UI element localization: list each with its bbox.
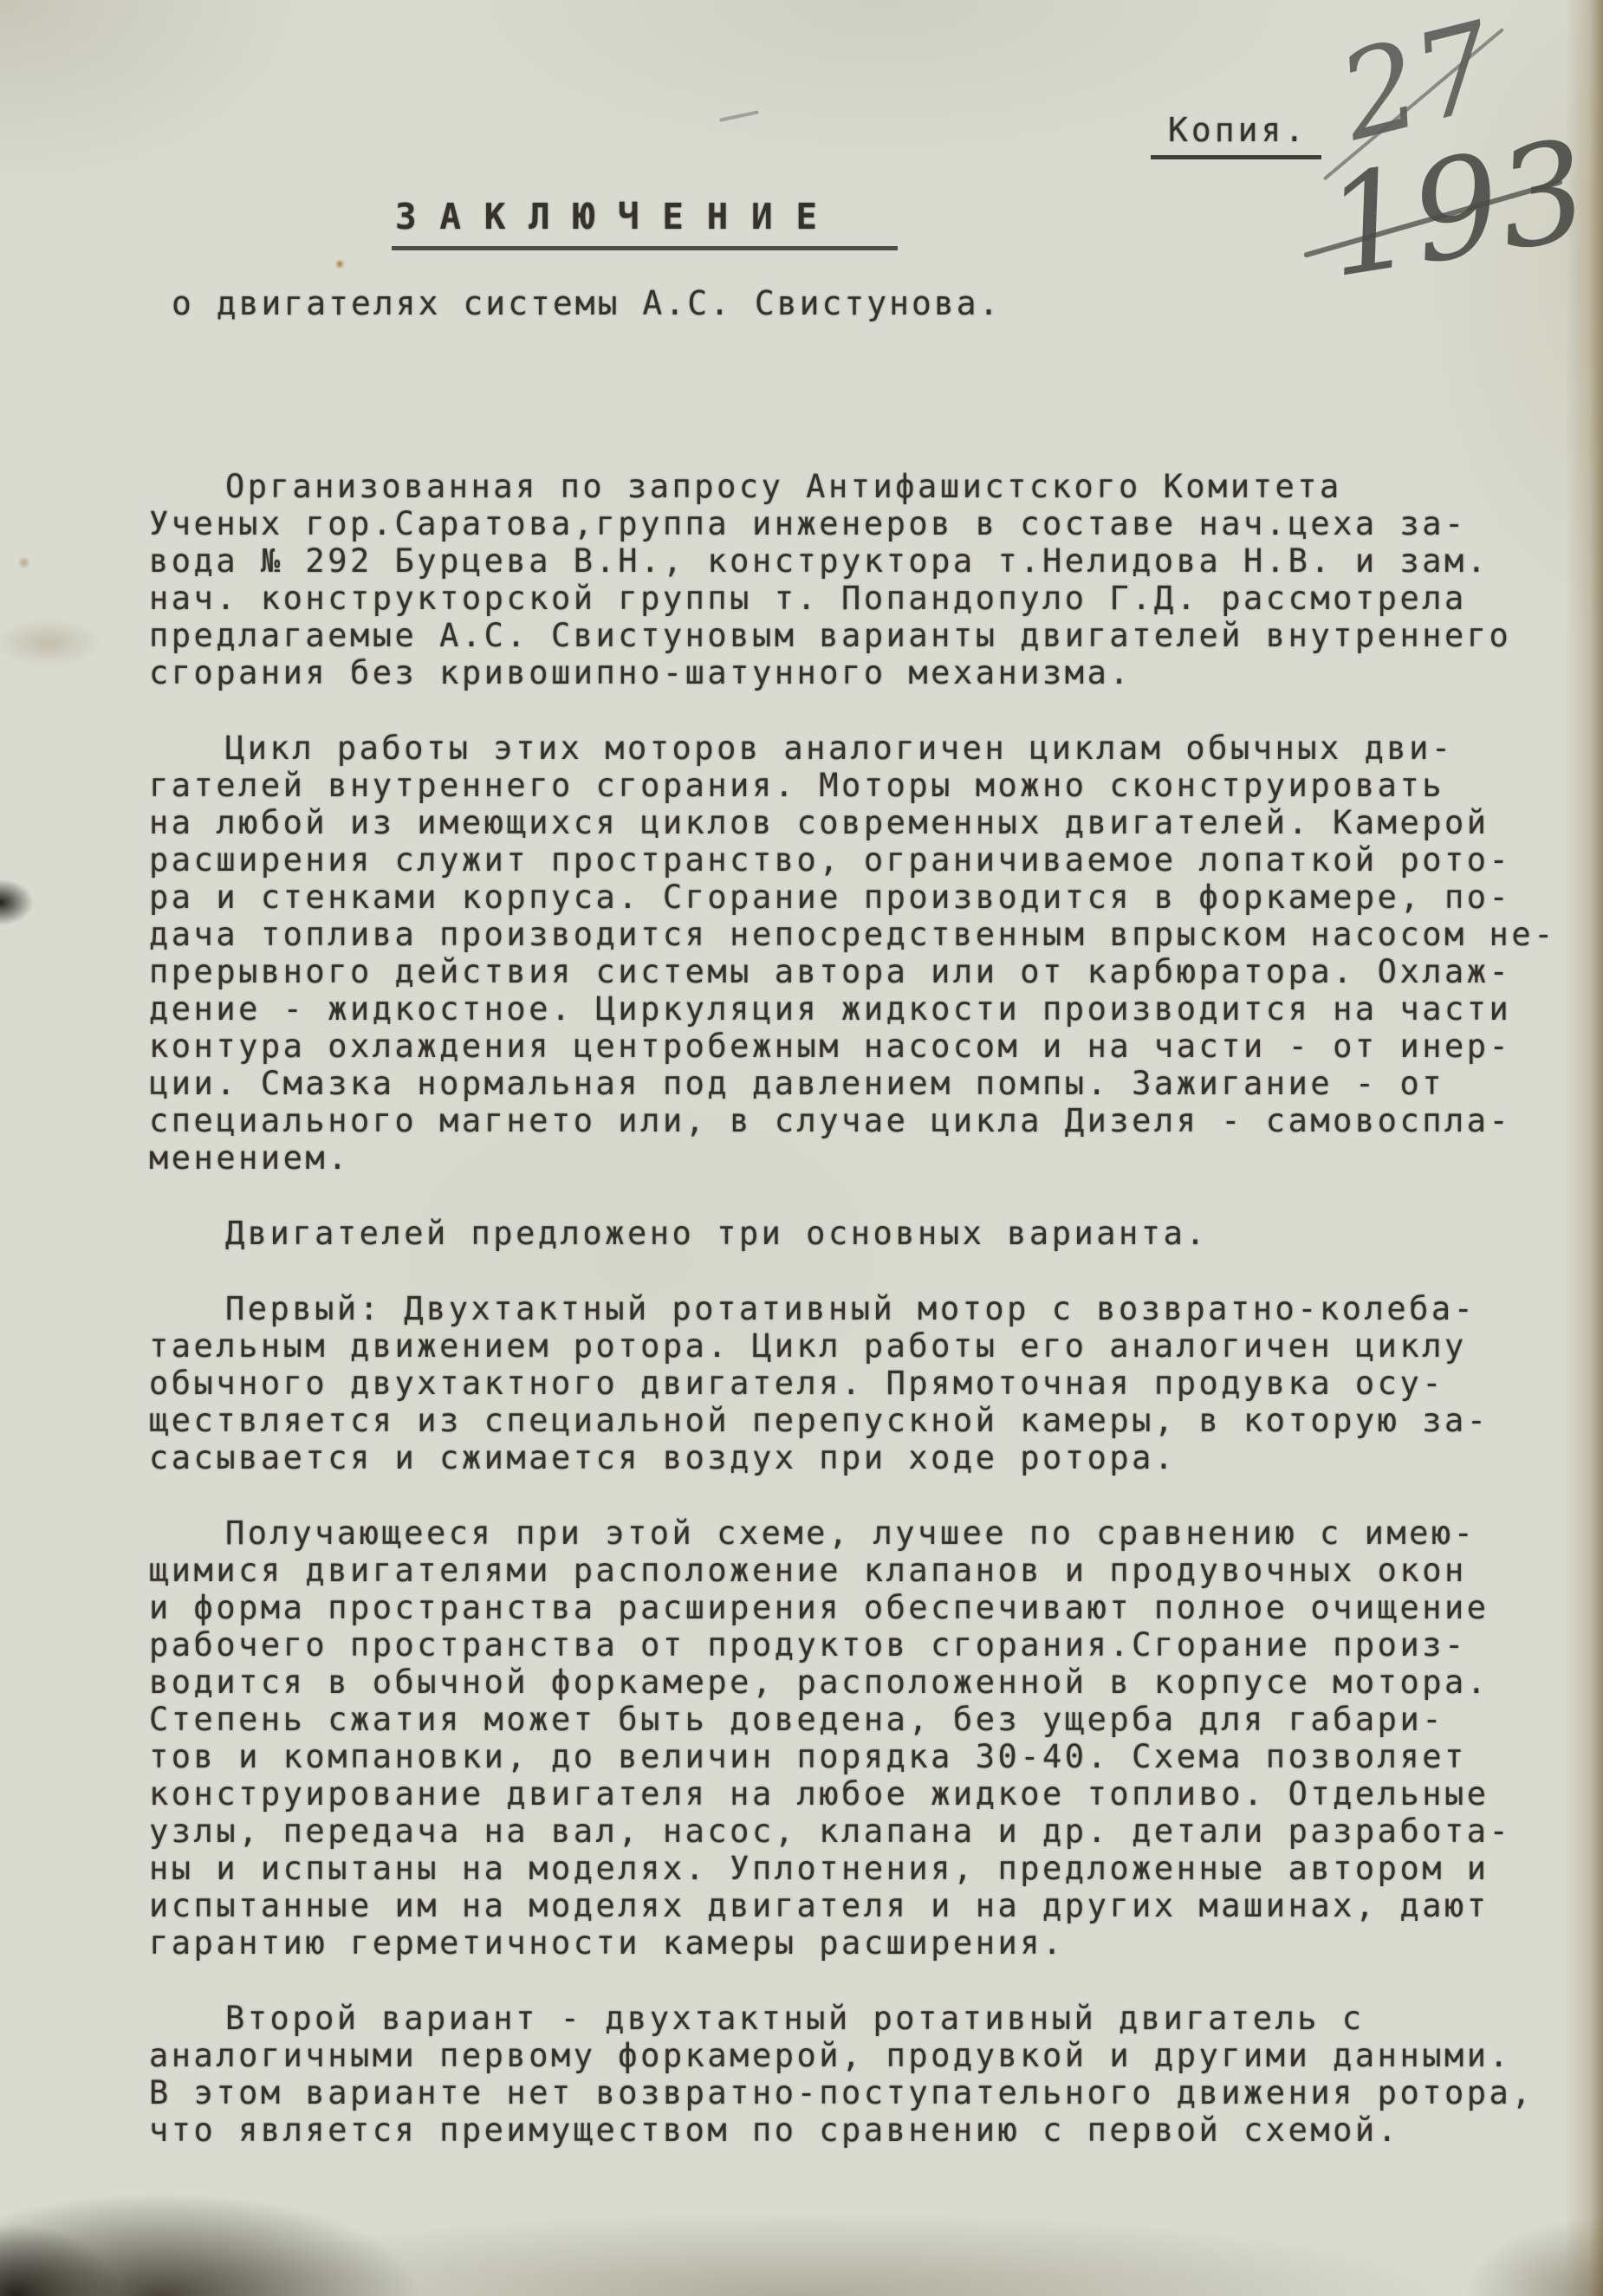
- document-title: З А К Л Ю Ч Е Н И Е: [392, 196, 898, 250]
- paragraph-variants-count: Двигателей предложено три основных вариа…: [149, 1215, 1603, 1252]
- paragraph-intro: Организованная по запросу Антифашистског…: [149, 468, 1603, 691]
- paragraph-first-variant-advantages: Получающееся при этой схеме, лучшее по с…: [149, 1514, 1603, 1962]
- paragraph-first-variant: Первый: Двухтактный ротативный мотор с в…: [149, 1290, 1603, 1476]
- pencil-check-stroke: [1323, 28, 1504, 181]
- scanned-document-page: Копия. 27 193 З А К Л Ю Ч Е Н И Е о двиг…: [0, 0, 1603, 2296]
- document-subtitle: о двигателях системы А.С. Свистунова.: [172, 284, 1001, 322]
- copy-label: Копия.: [1151, 111, 1321, 159]
- pencil-dash-mark: [719, 110, 759, 121]
- pencil-crossout-stroke: [1303, 179, 1563, 258]
- handwritten-page-number: 27: [1327, 0, 1508, 168]
- paragraph-cycle-description: Цикл работы этих моторов аналогичен цикл…: [149, 730, 1603, 1177]
- document-body: Организованная по запросу Антифашистског…: [149, 468, 1603, 2187]
- paragraph-second-variant: Второй вариант - двухтактный ротативный …: [149, 2000, 1603, 2149]
